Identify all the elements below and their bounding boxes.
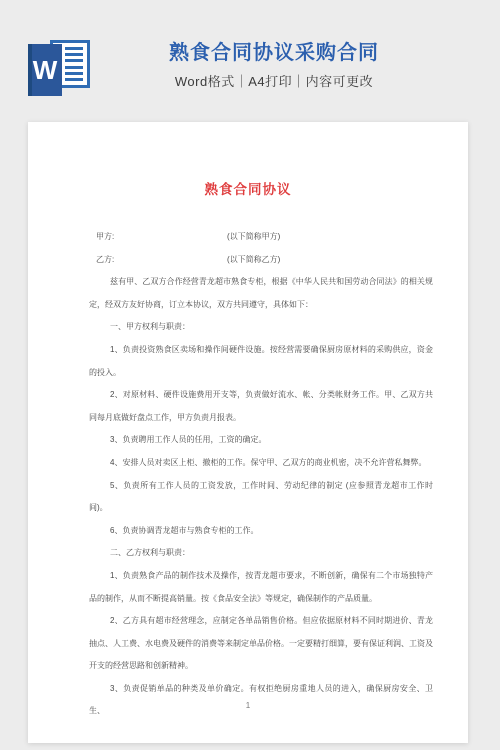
word-icon-textline xyxy=(65,72,83,75)
word-icon-textline xyxy=(65,66,83,69)
party-b-note: (以下简称乙方) xyxy=(227,255,280,264)
paragraph: 3、负责聘用工作人员的任用，工资的确定。 xyxy=(89,429,433,452)
document-body: 甲方:(以下简称甲方) 乙方:(以下简称乙方) 兹有甲、乙双方合作经营青龙超市熟… xyxy=(89,226,433,723)
party-a-row: 甲方:(以下简称甲方) xyxy=(89,226,433,249)
page-title: 熟食合同协议采购合同 xyxy=(88,40,460,66)
paragraph: 1、负责投资熟食区卖场和操作间硬件设施。按经营需要确保厨房原材料的采购供应，资金… xyxy=(89,339,433,384)
page-subtitle: Word格式｜A4打印｜内容可更改 xyxy=(88,73,460,91)
party-b-row: 乙方:(以下简称乙方) xyxy=(89,249,433,272)
party-a-label: 甲方: xyxy=(96,226,227,249)
word-icon-letter: W xyxy=(28,44,62,96)
section-heading: 二、乙方权利与职责： xyxy=(89,542,433,565)
party-a-note: (以下简称甲方) xyxy=(227,232,280,241)
word-icon-textline xyxy=(65,59,83,62)
paragraph: 6、负责协调青龙超市与熟食专柜的工作。 xyxy=(89,520,433,543)
header: W 熟食合同协议采购合同 Word格式｜A4打印｜内容可更改 xyxy=(0,0,500,122)
paragraph: 4、安排人员对卖区上柜、撤柜的工作。保守甲、乙双方的商业机密，决不允许营私舞弊。 xyxy=(89,452,433,475)
party-b-label: 乙方: xyxy=(96,249,227,272)
word-icon-textline xyxy=(65,78,83,81)
paragraph: 5、负责所有工作人员的工资发放，工作时间、劳动纪律的制定 (应参照青龙超市工作时… xyxy=(89,475,433,520)
paragraph: 2、乙方具有超市经营理念，应制定各单品销售价格。但应依据原材料不同时期进价、青龙… xyxy=(89,610,433,678)
word-icon-textline xyxy=(65,53,83,56)
paragraph: 2、对原材料、硬件设施费用开支等，负责做好流水、帐、分类帐财务工作。甲、乙双方共… xyxy=(89,384,433,429)
section-heading: 一、甲方权利与职责： xyxy=(89,316,433,339)
page-number: 1 xyxy=(28,701,468,710)
paragraph: 兹有甲、乙双方合作经营青龙超市熟食专柜，根据《中华人民共和国劳动合同法》的相关规… xyxy=(89,271,433,316)
paragraph: 1、负责熟食产品的制作技术及操作，按青龙超市要求，不断创新，确保有二个市场独特产… xyxy=(89,565,433,610)
word-file-icon: W xyxy=(28,38,90,96)
document-page: 熟食合同协议 甲方:(以下简称甲方) 乙方:(以下简称乙方) 兹有甲、乙双方合作… xyxy=(28,122,468,743)
word-icon-textline xyxy=(65,47,83,50)
document-title: 熟食合同协议 xyxy=(28,182,468,198)
header-text-block: 熟食合同协议采购合同 Word格式｜A4打印｜内容可更改 xyxy=(88,40,460,91)
